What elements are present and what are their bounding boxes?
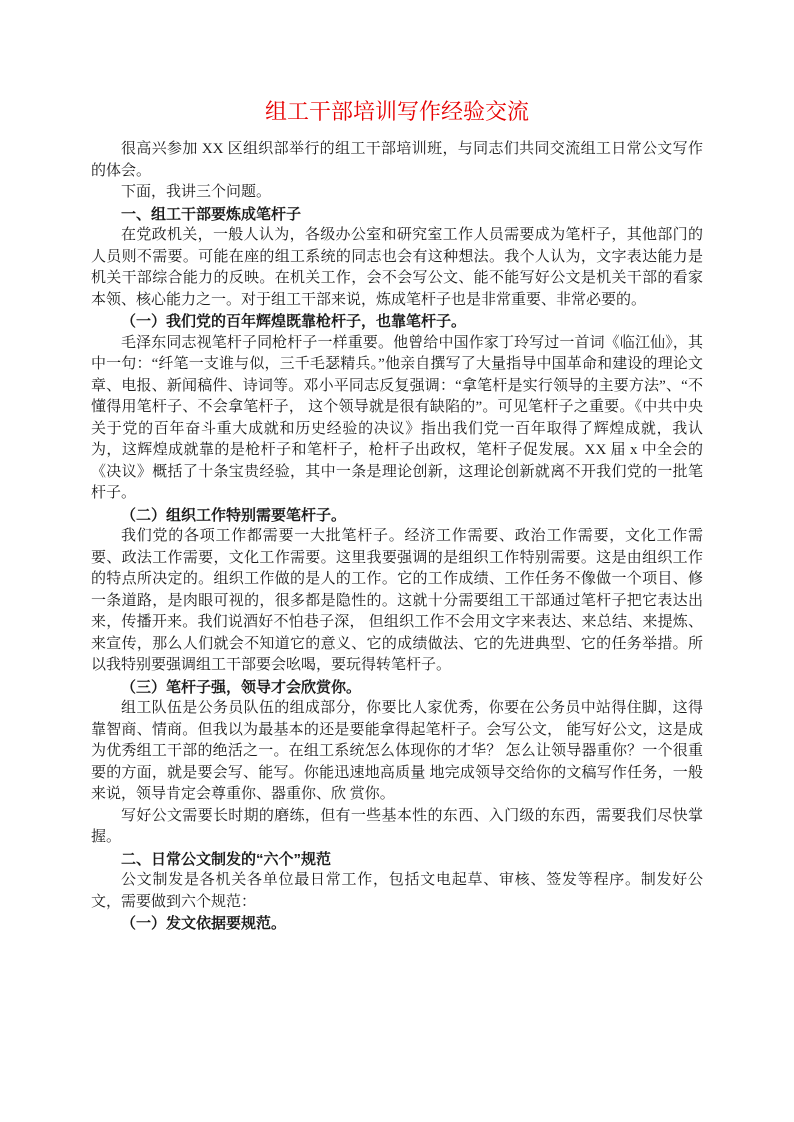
paragraph: 毛泽东同志视笔杆子同枪杆子一样重要。他曾给中国作家丁玲写过一首词《临江仙》，其中…: [91, 333, 703, 505]
section-heading: 一、组工干部要炼成笔杆子: [91, 204, 703, 226]
paragraph: 很高兴参加 XX 区组织部举行的组工干部培训班，与同志们共同交流组工日常公文写作…: [91, 139, 703, 182]
document-title: 组工干部培训写作经验交流: [91, 97, 703, 127]
paragraph: 写好公文需要长时期的磨练，但有一些基本性的东西、入门级的东西，需要我们尽快掌握。: [91, 806, 703, 849]
paragraph: 公文制发是各机关各单位最日常工作，包括文电起草、审核、签发等程序。制发好公文，需…: [91, 870, 703, 913]
document-body: 很高兴参加 XX 区组织部举行的组工干部培训班，与同志们共同交流组工日常公文写作…: [91, 139, 703, 935]
section-heading: （一）发文依据要规范。: [91, 913, 703, 935]
paragraph: 下面，我讲三个问题。: [91, 182, 703, 204]
section-heading: （三）笔杆子强，领导才会欣赏你。: [91, 677, 703, 699]
paragraph: 我们党的各项工作都需要一大批笔杆子。经济工作需要、政治工作需要，文化工作需要、政…: [91, 526, 703, 677]
paragraph: 在党政机关，一般人认为，各级办公室和研究室工作人员需要成为笔杆子，其他部门的人员…: [91, 225, 703, 311]
section-heading: 二、日常公文制发的“六个”规范: [91, 849, 703, 871]
document-page: 组工干部培训写作经验交流 很高兴参加 XX 区组织部举行的组工干部培训班，与同志…: [0, 0, 794, 1122]
section-heading: （一）我们党的百年辉煌既靠枪杆子，也靠笔杆子。: [91, 311, 703, 333]
paragraph: 组工队伍是公务员队伍的组成部分，你要比人家优秀，你要在公务员中站得住脚，这得靠智…: [91, 698, 703, 806]
section-heading: （二）组织工作特别需要笔杆子。: [91, 505, 703, 527]
